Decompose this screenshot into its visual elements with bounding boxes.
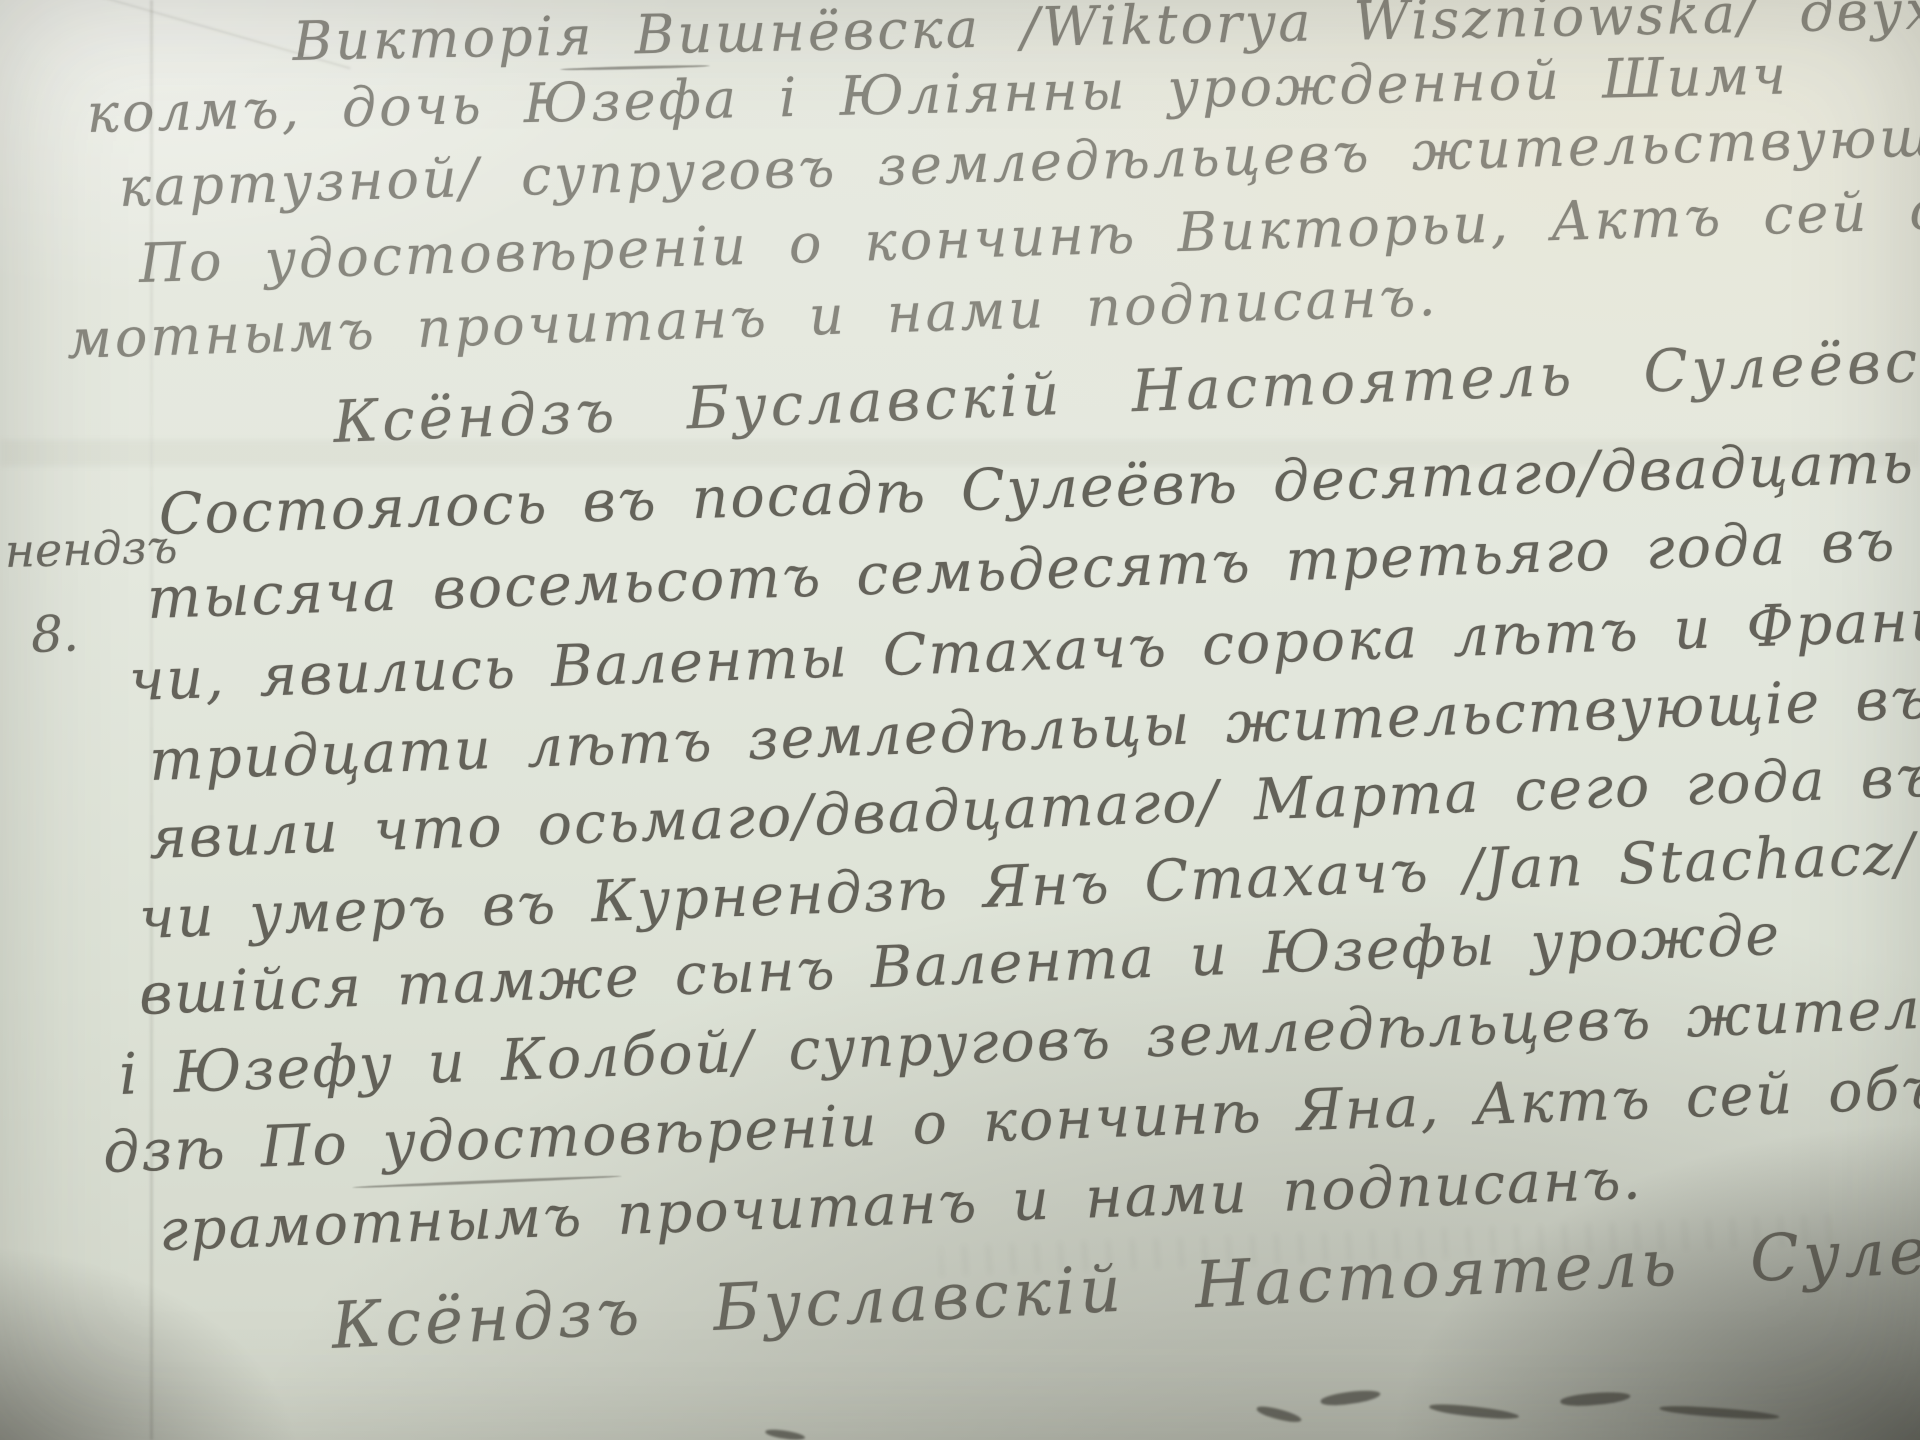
- partial-next-line-ink: [1429, 1402, 1520, 1421]
- margin-act-number: 8.: [30, 604, 80, 664]
- partial-next-line-ink: [1560, 1390, 1631, 1408]
- partial-next-line-ink: [1320, 1388, 1381, 1408]
- partial-next-line-ink: [1256, 1404, 1303, 1425]
- partial-next-line-ink: [1659, 1404, 1779, 1421]
- manuscript-photo: { "photo": { "paper_color": "#e4e8de", "…: [0, 0, 1920, 1440]
- partial-next-line-ink: [765, 1428, 806, 1440]
